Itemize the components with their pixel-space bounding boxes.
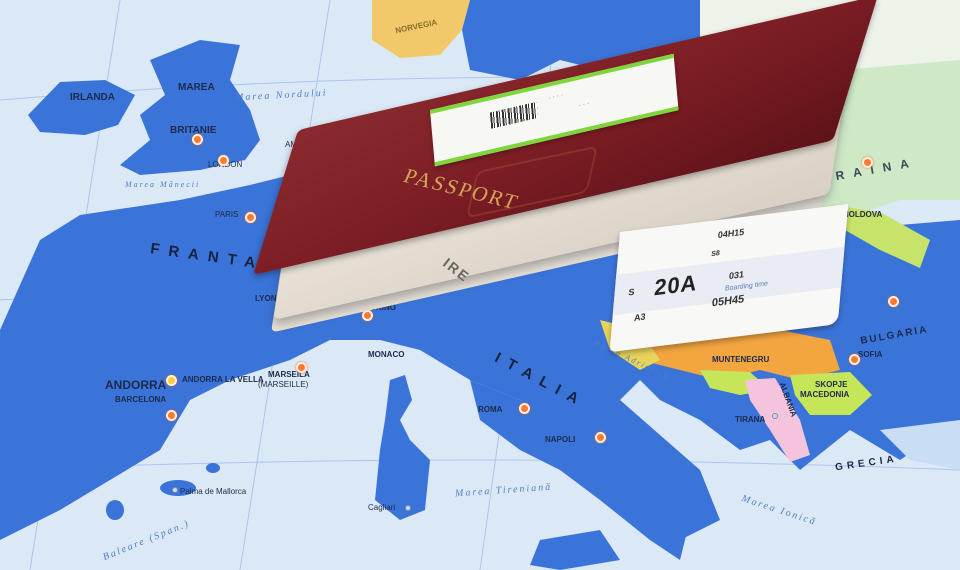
- ticket-seq: S8: [711, 250, 720, 258]
- label-moldova: MOLDOVA: [842, 210, 882, 219]
- city-marker: [519, 403, 530, 414]
- ticket-date: 04H15: [717, 227, 744, 240]
- city-marker: [888, 296, 899, 307]
- label-marseille: (MARSEILLE): [258, 380, 308, 389]
- label-sofia: SOFIA: [858, 350, 882, 359]
- label-tirana: TIRANA: [735, 415, 765, 424]
- city-marker: [849, 354, 860, 365]
- label-paris: PARIS: [215, 210, 238, 219]
- ticket-text: · · · ·: [548, 92, 563, 102]
- ticket-row: A3: [634, 311, 646, 323]
- ticket-class: S: [628, 287, 635, 298]
- city-marker: [595, 432, 606, 443]
- label-monaco: MONACO: [368, 350, 404, 359]
- label-palma: Palma de Mallorca: [180, 487, 246, 496]
- city-marker: [218, 155, 229, 166]
- city-marker: [192, 134, 203, 145]
- label-andorra-la-vella: ANDORRA LA VELLA: [182, 375, 264, 384]
- city-marker: [296, 362, 307, 373]
- ticket-time: 05H45: [711, 293, 744, 309]
- label-barcelona: BARCELONA: [115, 395, 166, 404]
- barcode-icon: [490, 102, 538, 129]
- city-marker-andorra: [166, 375, 177, 386]
- label-marea: MAREA: [178, 82, 215, 93]
- seat-number: 20A: [653, 270, 698, 302]
- city-marker: [245, 212, 256, 223]
- label-napoli: NAPOLI: [545, 435, 575, 444]
- town-dot: [172, 487, 178, 493]
- label-lyon: LYON: [255, 294, 277, 303]
- label-manche: Marea Mânecii: [125, 180, 200, 189]
- label-irlanda: IRLANDA: [70, 92, 115, 103]
- label-andorra: ANDORRA: [105, 378, 166, 392]
- label-roma: ROMA: [478, 405, 502, 414]
- town-dot: [405, 505, 411, 511]
- label-macedonia: MACEDONIA: [800, 390, 849, 399]
- label-cagliari: Cagliari: [368, 503, 395, 512]
- label-muntenegru: MUNTENEGRU: [712, 355, 769, 364]
- photo-scene: IRLANDA MAREA BRITANIE BELGIA FRANTA AND…: [0, 0, 960, 570]
- ticket-text: · · ·: [578, 100, 589, 109]
- label-skopje: SKOPJE: [815, 380, 847, 389]
- town-dot: [772, 413, 778, 419]
- city-marker: [166, 410, 177, 421]
- city-marker: [862, 157, 873, 168]
- ticket-gate: 031: [729, 269, 745, 281]
